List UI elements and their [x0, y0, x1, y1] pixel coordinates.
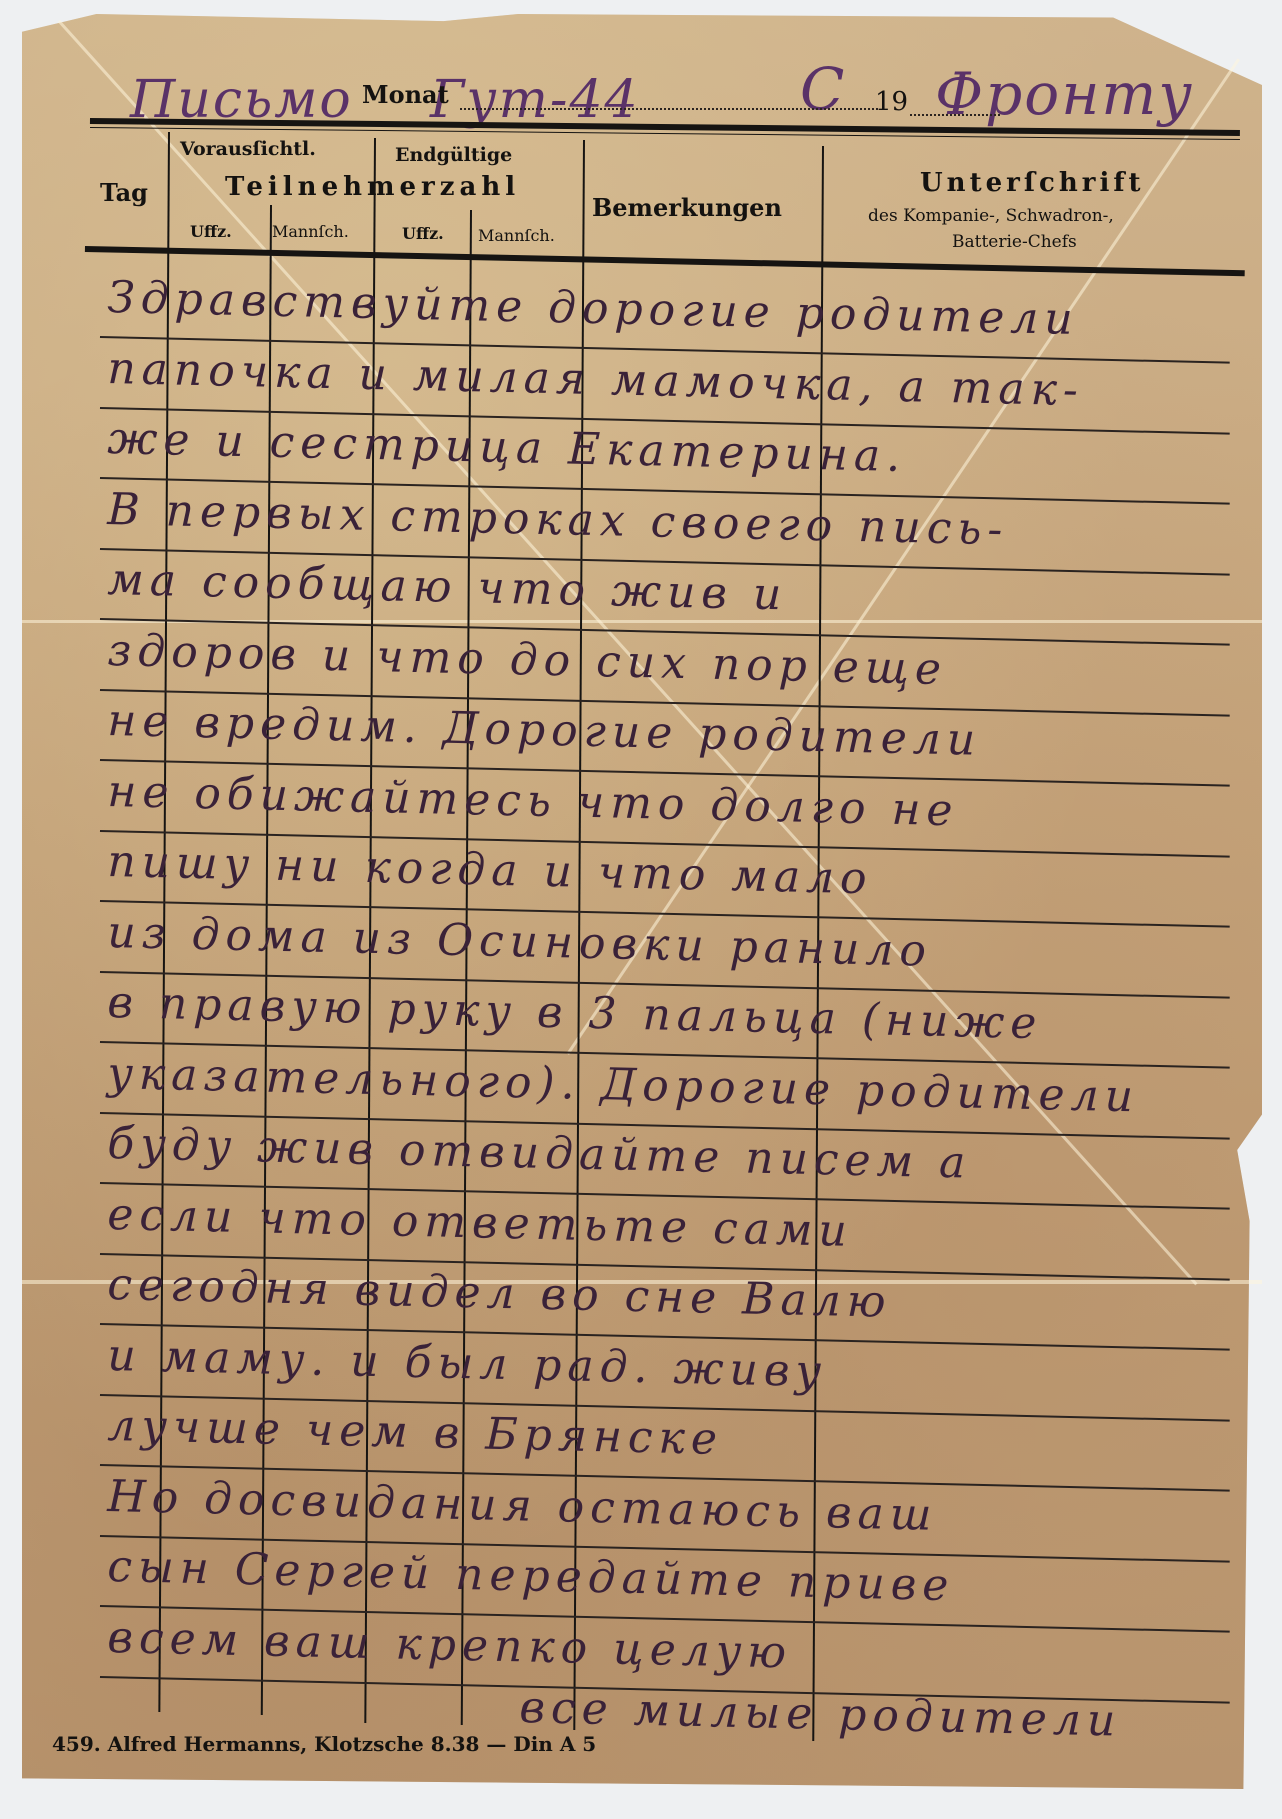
col-voraus: Vorausſichtl.	[180, 138, 316, 160]
col-mannsch-1: Mannſch.	[272, 222, 349, 241]
col-tag: Tag	[100, 178, 148, 207]
printer-imprint: 459. Alfred Hermanns, Klotzsche 8.38 — D…	[52, 1732, 596, 1756]
col-unterschrift-sub1: des Kompanie-, Schwadron-,	[868, 206, 1114, 226]
month-label: Monat	[362, 80, 449, 109]
header-handwriting-4: Фронту	[935, 60, 1194, 128]
col-uffz-2: Uffz.	[402, 224, 444, 243]
col-unterschrift: Unterſchrift	[920, 168, 1145, 198]
year-dotted-line	[910, 114, 1000, 116]
col-mannsch-2: Mannſch.	[478, 226, 555, 245]
col-unterschrift-sub2: Batterie-Chefs	[952, 232, 1077, 252]
col-teilnehmerzahl: Teilnehmerzahl	[225, 172, 520, 202]
col-uffz-1: Uffz.	[190, 222, 232, 241]
col-endgueltig: Endgültige	[395, 144, 512, 166]
col-bemerkungen: Bemerkungen	[592, 193, 782, 222]
month-dotted-line	[460, 108, 878, 110]
year-prefix: 19	[875, 87, 908, 117]
header-handwriting-3: С	[800, 55, 846, 123]
